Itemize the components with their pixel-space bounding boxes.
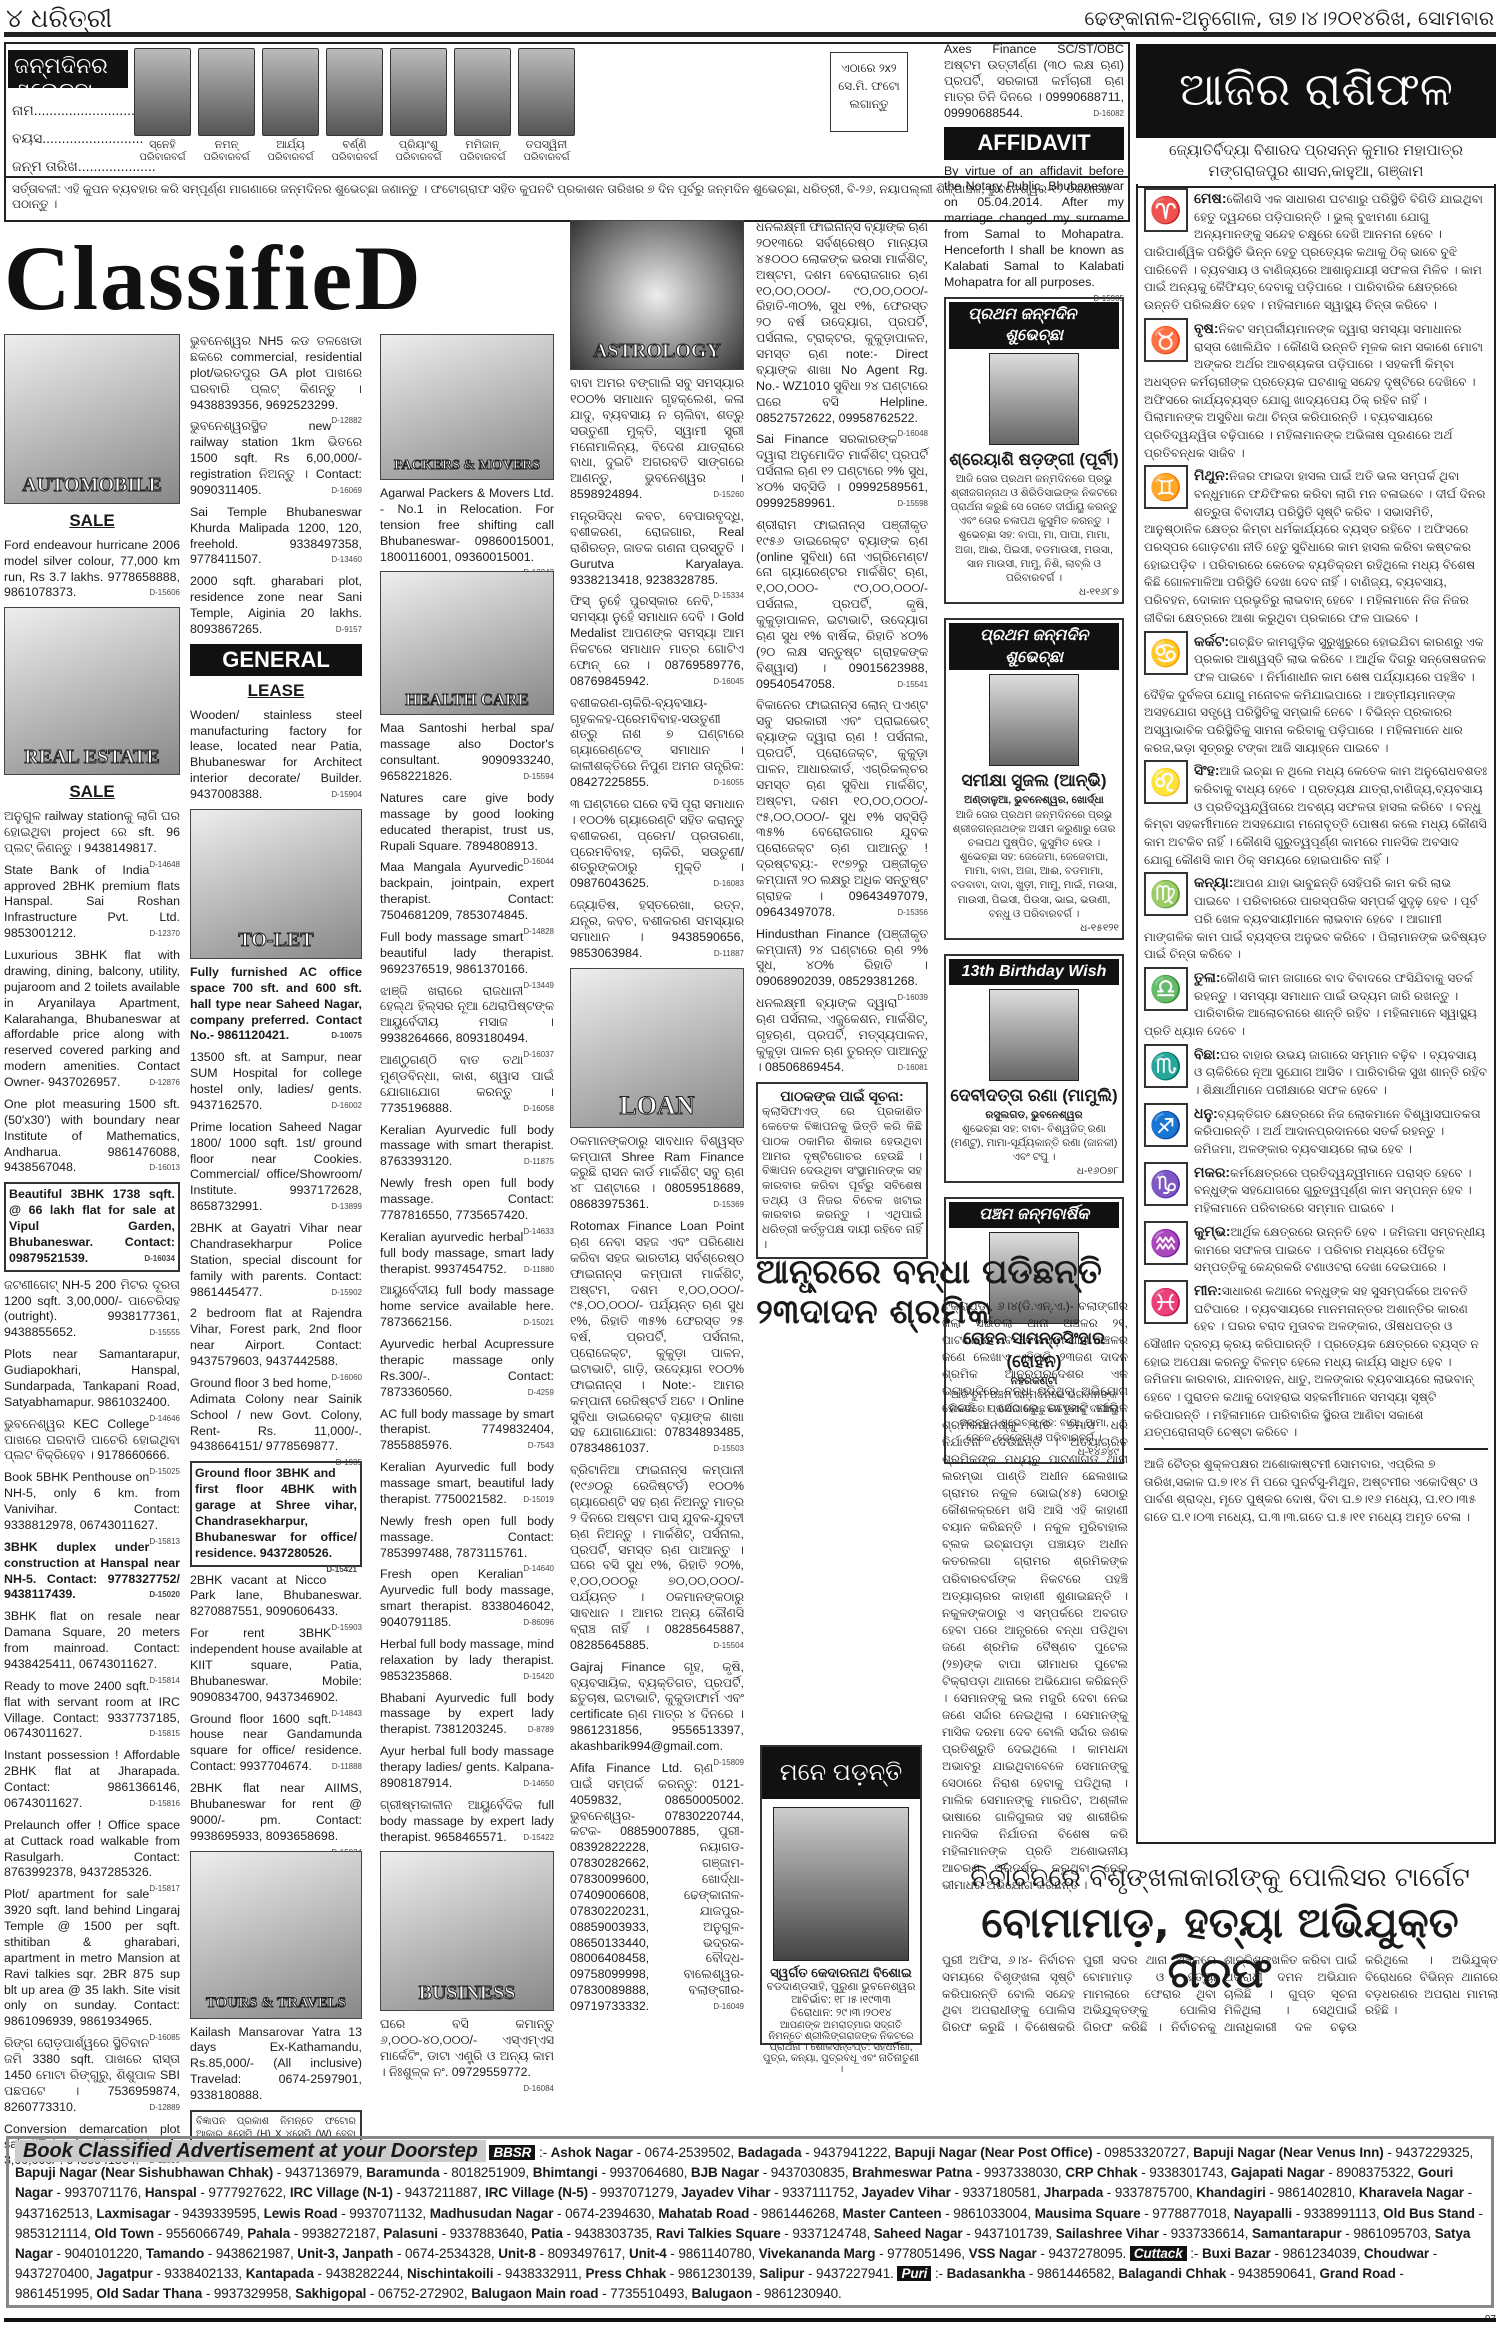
ad-code: D-16013	[149, 1163, 180, 1173]
ad-code: D-15541	[897, 680, 928, 690]
kid-card: ନମନ୍ପରିବାରବର୍ଗ	[198, 48, 255, 163]
booking-center-phone: 9937071132	[349, 2206, 422, 2221]
zodiac-name: ସିଂହ:	[1194, 762, 1220, 778]
ad-text: Plot/ apartment for sale 3920 sqft. land…	[4, 1887, 180, 2028]
classified-ad: Afifa Finance Ltd. ଋଣ ପାଇଁ ସମ୍ପର୍କ କରନ୍ତ…	[570, 1761, 744, 2015]
booking-center-phone: 8093497617	[548, 2246, 622, 2261]
ad-list: ଠକମାନଙ୍କଠାରୁ ସାବଧାନ ବିଶ୍ୱସ୍ତ କମ୍ପାନୀ Shr…	[570, 1134, 744, 2015]
classified-ad: State Bank of India approved 2BHK premiu…	[4, 863, 180, 942]
ad-code: D-16037	[523, 1050, 554, 1060]
booking-center-name: Badasankha	[947, 2266, 1026, 2281]
booking-center-name: CRP Chhak	[1065, 2165, 1137, 2180]
greeting-message: ଆଜି ତୋର ପ୍ରଥମ ଜନ୍ମଦିନରେ ପ୍ରଭୁ ଶ୍ରୀଜଗନ୍ନା…	[949, 472, 1119, 585]
tours-travels-image: TOURS & TRAVELS	[190, 1851, 362, 2019]
classified-ad: ଗ୍ରୀଷ୍ମକାଳୀନ ଆୟୁର୍ବେଦିକ full body massag…	[380, 1798, 554, 1846]
booking-center-list: BBSR :- Ashok Nagar - 0674-2539502, Bada…	[15, 2145, 1483, 2301]
ad-code: D-12876	[149, 1078, 180, 1088]
ad-code: D-15903	[331, 1623, 362, 1633]
classified-ad: ଶ୍ରୀରାମ ଫାଇନାନ୍ସ ପଞ୍ଜୀକୃତ ୧୯୫୬ ଡାଇରେକ୍ଟ …	[756, 518, 928, 693]
zodiac-4-icon: ♋	[1144, 631, 1188, 675]
dateline: ଢେଙ୍କାନାଳ-ଅନୁଗୋଳ, ତା୭।୪।୨୦୧୪ରିଖ, ସୋମବାର	[1084, 6, 1494, 30]
booking-center-phone: 9040101220	[64, 2246, 138, 2261]
ad-text: ଘରେ ବସି କମାନ୍ତୁ ୬,୦୦୦-୪୦,୦୦୦/- ଏସ୍ଏମ୍ଏସ …	[380, 2017, 554, 2079]
booking-center-name: Madhusudan Nagar	[430, 2206, 554, 2221]
kid-card: ସ୍ନେହିପରିବାରବର୍ଗ	[134, 48, 191, 163]
ad-text: ବିକାନେର ଫାଇନାନ୍ସ ଲୋନ୍ ପଏଣ୍ଟ ସବୁ ସରକାରୀ ଏ…	[756, 698, 928, 918]
classified-ad: Natures care give body massage by good l…	[380, 791, 554, 855]
booking-center-name: Balugaon	[692, 2286, 753, 2301]
zodiac-entry: ♐ଧନୁ:ବ୍ୟକ୍ତିଗତ କ୍ଷେତ୍ରରେ ନିଜ ଲୋକମାନେ ବିଶ…	[1144, 1103, 1488, 1159]
classified-logo: ClassifieD	[4, 228, 550, 328]
section-heading-sale: SALE	[4, 510, 180, 532]
classified-ad: ଧନଲକ୍ଷ୍ମୀ ବ୍ୟାଙ୍କ ଦ୍ୱାରା ଋଣ ପର୍ସନାଲ, ଏଜୁ…	[756, 996, 928, 1075]
classified-ad: Kailash Mansarovar Yatra 13 days Ex-Kath…	[190, 2025, 362, 2104]
booking-center-phone: 9861402810	[1277, 2185, 1351, 2200]
zodiac-entry: ♎ତୁଳା:କୌଣସି କାମ ଜାଗାରେ ବାଦ ବିବାଦରେ ଫସିଯି…	[1144, 967, 1488, 1041]
booking-center-name: Buxi Bazar	[1202, 2246, 1271, 2261]
horoscope-address: ମଙ୍ଗରାଜପୁର ଶାସନ,କାହୁଆ, ଗଞ୍ଜାମ	[1136, 161, 1496, 182]
zodiac-name: ବିଛା:	[1194, 1046, 1220, 1062]
ad-text: 2BHK flat near AIIMS, Bhubaneswar for re…	[190, 1781, 362, 1843]
region-cuttack-label: Cuttack	[1130, 2246, 1187, 2261]
kid-photo	[390, 48, 447, 136]
loan-caption: LOAN	[571, 1089, 743, 1122]
greeting-name: ସମୀକ୍ଷା ସୁଜଲ (ଆନ୍ଭି)	[949, 770, 1119, 793]
packers-movers-caption: PACKERS & MOVERS	[381, 457, 553, 475]
memorial-heading: ମନେ ପଡ଼ନ୍ତି	[762, 1747, 920, 1799]
column-4: ASTROLOGY ବାବା ଅମର ବଙ୍ଗାଲି ସବୁ ସମସ୍ୟାର ୧…	[570, 220, 744, 2021]
kid-card: ପ୍ରିୟାଂଶୁପରିବାରବର୍ଗ	[390, 48, 447, 163]
ad-code: D-14633	[523, 1227, 554, 1237]
ad-code: D-16081	[897, 1063, 928, 1073]
greeting-card: 13th Birthday Wishଦେବୀଦତ୍ତା ରଣା (ମାମୁଲି)…	[944, 954, 1124, 1183]
kid-name: ବର୍ଣ୍ଣି	[326, 139, 383, 152]
ad-text: ମନ୍ତ୍ରସିଦ୍ଧ କବଚ, ବେପାରବୃଦ୍ଧି, ବଶୀକରଣ, ରୋ…	[570, 509, 744, 587]
page-code: 07	[1485, 2314, 1496, 2325]
greeting-name: ଦେବୀଦତ୍ତା ରଣା (ମାମୁଲି)	[949, 1085, 1119, 1108]
booking-center-phone: 9937071279	[600, 2185, 674, 2200]
booking-center-name: Old Sadar Thana	[96, 2286, 202, 2301]
booking-center-name: Unit-8	[498, 2246, 536, 2261]
ad-text: ଅନୁଗୁଳ railway stationକୁ ଲାଗି ଘର ହୋଇଥିବା…	[4, 809, 180, 855]
booking-center-name: Mahatab Road	[658, 2206, 749, 2221]
kid-name: ପ୍ରିୟାଂଶୁ	[390, 139, 447, 152]
ad-code: D-13460	[331, 555, 362, 565]
column-3: PACKERS & MOVERS Agarwal Packers & Mover…	[380, 334, 554, 2094]
classified-ad: Maa Mangala Ayurvedic backpain, jointpai…	[380, 860, 554, 924]
classified-ad: ମନ୍ତ୍ରସିଦ୍ଧ କବଚ, ବେପାରବୃଦ୍ଧି, ବଶୀକରଣ, ରୋ…	[570, 509, 744, 588]
booking-center-phone: 9438282244	[326, 2266, 400, 2281]
booking-center-phone: 9778877018	[1152, 2206, 1226, 2221]
classified-ad: Keralian Ayurvedic full body massage sma…	[380, 1460, 554, 1508]
ad-code: D-15594	[523, 772, 554, 782]
greeting-tag: 13th Birthday Wish	[949, 959, 1119, 985]
classified-ad: Ayurvedic herbal Acupressure therapic ma…	[380, 1337, 554, 1401]
real-estate-caption: REAL ESTATE	[5, 745, 179, 771]
booking-center-name: Vivekananda Marg	[759, 2246, 876, 2261]
booking-center-phone: 9438590641	[1238, 2266, 1312, 2281]
classified-ad: Newly fresh open full body massage. Cont…	[380, 1514, 554, 1562]
classified-ad: Fully furnished AC office space 700 sft.…	[190, 965, 362, 1044]
ad-code: D-16084	[523, 2084, 554, 2094]
zodiac-name: କନ୍ୟା:	[1194, 874, 1233, 890]
booking-center-name: Bapuji Nagar (Near Venus Inn)	[1193, 2145, 1384, 2160]
classified-ad: 2BHK at Gayatri Vihar near Chandrasekhar…	[190, 1221, 362, 1300]
booking-center-phone: 9337336614	[1171, 2226, 1245, 2241]
ad-code: D-15019	[523, 1495, 554, 1505]
classified-ad: ଆଣ୍ଠୁଗଣ୍ଠି ବାତ ତଥା ମୁଣ୍ଡବିନ୍ଧା, କାଶ, ଶ୍ୱ…	[380, 1053, 554, 1117]
news-body-andhra: ଟିକ୍ରାପଡ଼ା, ୬।୪(ଡି.ଏନ୍.ଏ.)- ବଲାଙ୍ଗୀର ଜିଲ…	[942, 1298, 1128, 1894]
ad-text: Newly fresh open full body massage. Cont…	[380, 1176, 554, 1222]
booking-center-name: Patia	[531, 2226, 563, 2241]
classified-ad: Wooden/ stainless steel manufacturing fa…	[190, 708, 362, 803]
ad-code: D-16082	[1093, 109, 1124, 119]
kid-card: ବର୍ଣ୍ଣିପରିବାରବର୍ଗ	[326, 48, 383, 163]
booking-center-name: Bapuji Nagar (Near Sishubhawan Chhak)	[15, 2165, 273, 2180]
booking-center-phone: 9338402133	[164, 2266, 238, 2281]
booking-center-phone: 9337883640	[450, 2226, 524, 2241]
section-heading-lease: LEASE	[190, 680, 362, 702]
ad-code: D-16039	[897, 993, 928, 1003]
zodiac-11-icon: ♒	[1144, 1221, 1188, 1265]
zodiac-name: ମିଥୁନ:	[1194, 467, 1229, 483]
booking-center-phone: 0674-2394630	[565, 2206, 651, 2221]
classified-ad: ଜ୍ୟୋତିଷ, ହସ୍ତରେଖା, ରତ୍ନ, ଯନ୍ତ୍ର, କବଚ, ବଶ…	[570, 898, 744, 962]
zodiac-name: ଧନୁ:	[1194, 1105, 1218, 1121]
ad-text: Afifa Finance Ltd. ଋଣ ପାଇଁ ସମ୍ପର୍କ କରନ୍ତ…	[570, 1761, 744, 2013]
ad-text: Ground floor 3BHK and first floor 4BHK w…	[195, 1466, 357, 1559]
zodiac-text: ସାଧାରଣ କଥାରେ ବନ୍ଧୁଙ୍କ ସହ ସୁସମ୍ପର୍କରେ ଅବନ…	[1144, 1284, 1479, 1440]
ad-text: 2BHK vacant at Nicco Park lane, Bhubanes…	[190, 1573, 362, 1619]
memorial-born: ଆବିର୍ଭାବ: ୧୮।୫।୧୯୩୩	[762, 1994, 920, 2007]
ad-text: ବାବା ଅମର ବଙ୍ଗାଲି ସବୁ ସମସ୍ୟାର ୧୦୦% ସମାଧାନ…	[570, 376, 744, 501]
kid-name: ମମିଜାନ୍	[454, 139, 511, 152]
classified-ad: Maa Santoshi herbal spa/ massage also Do…	[380, 721, 554, 785]
booking-center-phone: 9861451995	[15, 2286, 89, 2301]
ad-text: Hindusthan Finance (ପଞ୍ଜୀକୃତ କମ୍ପାନୀ) ୨୪…	[756, 927, 928, 989]
zodiac-5-icon: ♌	[1144, 760, 1188, 804]
column-5: ଧନଲକ୍ଷ୍ମୀ ଫାଇନାନ୍ସ ବ୍ୟାଙ୍କ ଋଣ ୨୦୧୩ରେ ସର୍…	[756, 220, 928, 1265]
ad-code: D-16044	[523, 857, 554, 867]
name-field: ନାମ...........................	[12, 102, 139, 119]
kid-photo	[454, 48, 511, 136]
ad-code: D-12889	[149, 2103, 180, 2113]
ad-text: ଭୁବନେଶ୍ୱର NH5 କଡ ତଳଖେଡା ଛକରେ commercial,…	[190, 334, 362, 412]
booking-lead: Book Classified Advertisement at your Do…	[15, 2140, 486, 2162]
classified-ad: Ground floor 3BHK and first floor 4BHK w…	[190, 1461, 362, 1566]
greeting-message: ଆଜି ତୋର ପ୍ରଥମ ଜନ୍ମଦିନରେ ପ୍ରଭୁ ଶ୍ରୀଜଗନ୍ନା…	[949, 808, 1119, 921]
section-heading-sale: SALE	[4, 781, 180, 803]
ad-text: ଫିସ୍ ନୁହେଁ ପୁରସ୍କାର ନେବି, ସମସ୍ୟା ନୁହେଁ ସ…	[570, 594, 744, 687]
classified-ad: Ford endeavour hurricane 2006 model silv…	[4, 538, 180, 602]
ad-text: Newly fresh open full body massage. Cont…	[380, 1514, 554, 1560]
classified-ad: By virtue of an affidavit before the Not…	[944, 164, 1124, 291]
zodiac-text: ନିଜର ଫାଇଦା ହାସଲ ପାଇଁ ଅତି ଭଲ ସମ୍ପର୍କ ଥିବା…	[1144, 469, 1486, 625]
ad-code: D-15260	[713, 490, 744, 500]
classified-ad: One plot measuring 1500 sft. (50'x30') w…	[4, 1097, 180, 1176]
booking-center-phone: 9938272187	[302, 2226, 376, 2241]
real-estate-image: REAL ESTATE	[4, 607, 180, 775]
ad-code: D-15025	[149, 1467, 180, 1477]
zodiac-list: ♈ମେଷ:କୌଣସି ଏକ ସାଧାରଣ ଘଟଣାରୁ ପରିସ୍ଥିତି ବି…	[1144, 188, 1488, 1442]
booking-center-name: Gajapati Nagar	[1231, 2165, 1325, 2180]
greeting-message: ଶୁଭେଚ୍ଛା ସହ: ବାବା- ବିଶ୍ୱଜିତ୍ ରଣା (ମଣ୍ଟୁ)…	[949, 1122, 1119, 1165]
ad-code: D-15020	[149, 1590, 180, 1600]
kid-name: ତପସ୍ୱିନୀ	[518, 139, 575, 152]
health-care-caption: HEALTH CARE	[381, 689, 553, 711]
classified-ad: 2BHK vacant at Nicco Park lane, Bhubanes…	[190, 1573, 362, 1621]
classified-ad: Instant possession ! Affordable 2BHK fla…	[4, 1748, 180, 1812]
booking-center-phone: 9937338030	[984, 2165, 1058, 2180]
booking-center-name: Press Chhak	[585, 2266, 666, 2281]
memorial-died: ତିରୋଧାନ: ୨୯।୩।୨୦୧୪	[762, 2007, 920, 2020]
ad-code: D-16055	[713, 778, 744, 788]
ad-code: D-16085	[149, 2033, 180, 2043]
header-rule	[4, 32, 1496, 37]
ad-list: ବାବା ଅମର ବଙ୍ଗାଲି ସବୁ ସମସ୍ୟାର ୧୦୦% ସମାଧାନ…	[570, 376, 744, 962]
booking-center-phone: 0674-2534328	[405, 2246, 491, 2261]
kid-card: ଆର୍ଯ୍ୟପରିବାରବର୍ଗ	[262, 48, 319, 163]
classified-ad: ଭୁବନେଶ୍ୱର NH5 କଡ ତଳଖେଡା ଛକରେ commercial,…	[190, 334, 362, 413]
booking-center-phone: 9861446582	[1037, 2266, 1111, 2281]
ad-text: Gajraj Finance ଗୃହ, କୃଷି, ବ୍ୟବସାୟିକ, ବ୍ୟ…	[570, 1660, 744, 1753]
horoscope-title: ଆଜିର ରାଶିଫଳ	[1136, 44, 1496, 138]
ad-code: D-15369	[713, 1200, 744, 1210]
zodiac-text: କର୍ମକ୍ଷେତ୍ରରେ ପ୍ରତିଦ୍ୱନ୍ଦ୍ୱୀମାନେ ପରାସ୍ତ …	[1194, 1166, 1472, 1215]
ad-code: D-10075	[331, 1031, 362, 1041]
ad-text: Ground floor 3 bed home, Adimata Colony …	[190, 1376, 362, 1454]
classified-ad: Fresh open Keralian Ayurvedic full body …	[380, 1567, 554, 1631]
reader-notice-title: ପାଠକଙ୍କ ପାଇଁ ସୂଚନା:	[762, 1088, 922, 1106]
zodiac-entry: ♏ବିଛା:ଘର ବାହାର ଉଭୟ ଜାଗାରେ ସମ୍ମାନ ବଢ଼ିବ ।…	[1144, 1044, 1488, 1100]
booking-center-phone: 9437162513	[15, 2206, 89, 2221]
booking-center-name: Salipur	[759, 2266, 804, 2281]
footer-rule	[4, 2318, 1496, 2322]
greeting-code: ଧ-୧୧୬୮୭	[949, 585, 1119, 599]
classified-ad: Book 5BHK Penthouse on NH-5, only 6 km. …	[4, 1470, 180, 1534]
ad-code: D-14828	[523, 927, 554, 937]
booking-center-phone: 9777927622	[208, 2185, 282, 2200]
booking-center-phone: 9437941222	[813, 2145, 887, 2160]
booking-center-phone: 09853320727	[1104, 2145, 1186, 2160]
ad-code: D-15606	[149, 588, 180, 598]
booking-center-phone: 9338301743	[1149, 2165, 1223, 2180]
classified-ad: ଭୁବନେଶ୍ୱରସ୍ଥିତ new railway station 1km ଭ…	[190, 419, 362, 498]
ad-code: D-15598	[897, 499, 928, 509]
classified-ad: Prime location Saheed Nagar 1800/ 1000 s…	[190, 1120, 362, 1215]
to-let-caption: TO-LET	[191, 928, 361, 954]
region-bbsr-label: BBSR	[489, 2145, 535, 2160]
memorial-place: ବଡଦାଣ୍ଡସାହି, ପୁରୁଣା ଭୁବନେଶ୍ୱର	[762, 1981, 920, 1994]
health-care-image: HEALTH CARE	[380, 571, 554, 715]
booking-center-name: Ashok Nagar	[551, 2145, 633, 2160]
classified-ad: Prelaunch offer ! Office space at Cuttac…	[4, 1818, 180, 1882]
booking-center-name: Grand Road	[1319, 2266, 1395, 2281]
ad-code: D-15817	[149, 1884, 180, 1894]
booking-center-phone: 9937071176	[64, 2185, 137, 2200]
classified-ad: 3BHK flat on resale near Damana Square, …	[4, 1609, 180, 1673]
booking-center-name: Jharpada	[1044, 2185, 1103, 2200]
classified-ad: ବାବା ଅମର ବଙ୍ଗାଲି ସବୁ ସମସ୍ୟାର ୧୦୦% ସମାଧାନ…	[570, 376, 744, 503]
zodiac-text: କୌଣସି ଏକ ସାଧାରଣ ଘଟଣାରୁ ପରିସ୍ଥିତି ବିଗିଡି …	[1144, 192, 1483, 312]
ad-text: Rotomax Finance Loan Point ଋଣ ନେବା ସହଜ ଏ…	[570, 1219, 744, 1455]
booking-center-phone: 9337180581	[963, 2185, 1037, 2200]
booking-center-phone: 9337111752	[782, 2185, 854, 2200]
kid-family: ପରିବାରବର୍ଗ	[390, 152, 447, 163]
ad-code: D-15422	[523, 1833, 554, 1843]
ad-text: Luxurious 3BHK flat with drawing, dining…	[4, 948, 180, 1089]
region-puri-label: Puri	[897, 2266, 931, 2281]
booking-center-phone: 9853121114	[15, 2226, 87, 2241]
horoscope-author: ଜ୍ୟୋତିର୍ବିଦ୍ୟା ବିଶାରଦ ପ୍ରସନ୍ନ କୁମାର ମହାପ…	[1136, 140, 1496, 161]
greeting-tag: ପଞ୍ଚମ ଜନ୍ମବାର୍ଷିକ	[949, 1202, 1119, 1228]
ad-text: Kailash Mansarovar Yatra 13 days Ex-Kath…	[190, 2025, 362, 2103]
kid-name: ଆର୍ଯ୍ୟ	[262, 139, 319, 152]
ad-code: D-14650	[523, 1779, 554, 1789]
zodiac-name: କୁମ୍ଭ:	[1194, 1223, 1231, 1239]
booking-center-name: Nayapalli	[1234, 2206, 1292, 2221]
ad-code: D-12370	[149, 929, 180, 939]
booking-center-phone: 9437278095	[1048, 2246, 1122, 2261]
ad-code: D-15503	[713, 1444, 744, 1454]
booking-center-name: Bapuji Nagar (Near Post Office)	[895, 2145, 1093, 2160]
ad-list: ଅନୁଗୁଳ railway stationକୁ ଲାଗି ଘର ହୋଇଥିବା…	[4, 809, 180, 2169]
ad-text: Natures care give body massage by good l…	[380, 791, 554, 853]
birthday-coupon-title: ଜନ୍ମଦିନର ଶୁଭେଚ୍ଛା	[8, 50, 128, 88]
booking-center-name: Unit-3, Janpath	[297, 2246, 393, 2261]
classified-ad: 2BHK flat near AIIMS, Bhubaneswar for re…	[190, 1781, 362, 1845]
ad-code: D-15809	[713, 1758, 744, 1768]
ad-code: D-11880	[524, 1265, 554, 1275]
zodiac-name: ମୀନ:	[1194, 1282, 1222, 1298]
ad-code: D-15814	[149, 1676, 180, 1686]
zodiac-text: ଗଚ୍ଛିତ କାମଗୁଡ଼ିକ ସୁରୁଖୁରୁରେ ହୋଇଯିବା କାରଣ…	[1144, 635, 1486, 755]
ad-code: D-1935	[336, 1458, 362, 1468]
ad-code: D-16045	[713, 677, 744, 687]
classified-ad: ବ୍ରିଟାନିଆ ଫାଇନାନ୍ସ କମ୍ପାନୀ (୧୯୬୦ରୁ ରେଜିଷ…	[570, 1463, 744, 1654]
classified-ad: ଘରେ ବସି କମାନ୍ତୁ ୬,୦୦୦-୪୦,୦୦୦/- ଏସ୍ଏମ୍ଏସ …	[380, 2017, 554, 2081]
booking-center-name: Jagatpur	[96, 2266, 152, 2281]
horoscope-byline: ଜ୍ୟୋତିର୍ବିଦ୍ୟା ବିଶାରଦ ପ୍ରସନ୍ନ କୁମାର ମହାପ…	[1136, 140, 1496, 188]
greeting-tag: ପ୍ରଥମ ଜନ୍ମଦିନ ଶୁଭେଚ୍ଛା	[949, 623, 1119, 670]
booking-center-name: Laxmisagar	[96, 2206, 170, 2221]
ad-code: D-11888	[332, 1762, 362, 1772]
zodiac-text: ଆର୍ଥିକ କ୍ଷେତ୍ରରେ ଉନ୍ନତି ହେବ । ଜମିଜମା ସମ୍…	[1194, 1225, 1485, 1274]
booking-center-name: Samantarapur	[1252, 2226, 1342, 2241]
booking-center-phone: 0674-2539502	[645, 2145, 731, 2160]
booking-center-name: Tamando	[146, 2246, 204, 2261]
classified-ad: Ayur herbal full body massage therapy la…	[380, 1744, 554, 1792]
classified-ad: ରିଙ୍ଗ ରୋଡ଼ପାର୍ଶ୍ୱରେ ସ୍ଥିତିବାନ ଜମି 3380 s…	[4, 2036, 180, 2115]
zodiac-name: ମକର:	[1194, 1164, 1230, 1180]
ad-code: D-14843	[331, 1709, 362, 1719]
greeting-card: ପ୍ରଥମ ଜନ୍ମଦିନ ଶୁଭେଚ୍ଛାସମୀକ୍ଷା ସୁଜଲ (ଆନ୍ଭ…	[944, 618, 1124, 940]
ad-text: ଝାଞ୍ଜି ଖରାରେ ରାଜଧାନୀ ହେଲ୍ଥ ହିଲ୍ସର ନୂଆ ଥେ…	[380, 984, 554, 1046]
greeting-code: ଧ-୧୫୧୨୧	[949, 921, 1119, 935]
photo-placeholder: ଏଠାରେ ୨x୨ ସେ.ମି. ଫଟୋ ଲଗାନ୍ତୁ	[830, 52, 908, 132]
classified-ad: 2000 sqft. gharabari plot, residence zon…	[190, 574, 362, 638]
booking-center-phone: 9937064680	[610, 2165, 684, 2180]
classified-ad: Ready to move 2400 sqft. flat with serva…	[4, 1679, 180, 1743]
zodiac-3-icon: ♊	[1144, 465, 1188, 509]
zodiac-entry: ♓ମୀନ:ସାଧାରଣ କଥାରେ ବନ୍ଧୁଙ୍କ ସହ ସୁସମ୍ପର୍କର…	[1144, 1280, 1488, 1442]
ad-code: D-16060	[331, 1373, 362, 1383]
kid-photo	[262, 48, 319, 136]
page-number-masthead: ୪ ଧରିତ୍ରୀ	[6, 4, 112, 35]
ad-text: Prelaunch offer ! Office space at Cuttac…	[4, 1818, 180, 1880]
booking-center-name: Palasuni	[383, 2226, 438, 2241]
classified-ad: 13500 sft. at Sampur, near SUM Hospital …	[190, 1050, 362, 1114]
zodiac-text: ନିକଟ ସମ୍ପର୍କୀୟମାନଙ୍କ ଦ୍ୱାରା ସମସ୍ୟା ସମାଧା…	[1144, 322, 1483, 460]
business-image: BUSINESS	[380, 1851, 554, 2011]
booking-center-name: Kantapada	[246, 2266, 314, 2281]
kid-name: ନମନ୍	[198, 139, 255, 152]
booking-center-name: Jayadev Vihar	[681, 2185, 770, 2200]
ad-code: D-15356	[897, 908, 928, 918]
zodiac-8-icon: ♏	[1144, 1044, 1188, 1088]
classified-ad: Newly fresh open full body massage. Cont…	[380, 1176, 554, 1224]
booking-center-name: Badagada	[738, 2145, 802, 2160]
booking-center-phone: 06752-272902	[378, 2286, 464, 2301]
classified-ad: ୩ ଘଣ୍ଟାରେ ଘରେ ବସି ପୂରା ସମାଧାନ । ୧୦୦% ଗ୍ୟ…	[570, 797, 744, 892]
kid-family: ପରିବାରବର୍ଗ	[134, 152, 191, 163]
booking-center-phone: 9437211887	[405, 2185, 478, 2200]
column-1: AUTOMOBILE SALE Ford endeavour hurricane…	[4, 334, 180, 2175]
greeting-place: ଅଣ୍ଡାଳୁଆ, ଭୁବନେଶ୍ୱର, ଖୋର୍ଦ୍ଧା	[949, 793, 1119, 807]
ad-code: D-12882	[331, 416, 362, 426]
kid-card: ତପସ୍ୱିନୀପରିବାରବର୍ଗ	[518, 48, 575, 163]
booking-center-phone: 9861033004	[953, 2206, 1027, 2221]
ad-text: Maa Mangala Ayurvedic backpain, jointpai…	[380, 860, 554, 922]
zodiac-7-icon: ♎	[1144, 967, 1188, 1011]
almanac-text: ଆଜି ଚୈତ୍ର ଶୁକ୍ଳପକ୍ଷର ଅଶୋକାଷ୍ଟମୀ ସୋମବାର, …	[1144, 1448, 1488, 1527]
booking-center-name: Jayadev Vihar	[862, 2185, 951, 2200]
classified-ad: Herbal full body massage, mind relaxatio…	[380, 1637, 554, 1685]
ad-code: D-15904	[331, 790, 362, 800]
greeting-photo	[989, 353, 1079, 445]
astrology-image: ASTROLOGY	[570, 220, 744, 370]
ad-code: D-4259	[528, 1388, 554, 1398]
booking-centers-box: Book Classified Advertisement at your Do…	[6, 2136, 1494, 2308]
astrology-caption: ASTROLOGY	[571, 339, 743, 365]
booking-center-phone: 8908375322	[1336, 2165, 1410, 2180]
ad-code: D-9157	[336, 625, 362, 635]
kid-card: ମମିଜାନ୍ପରିବାରବର୍ଗ	[454, 48, 511, 163]
ad-code: D-16049	[713, 2002, 744, 2012]
classified-ad: Sai Temple Bhubaneswar Khurda Malipada 1…	[190, 505, 362, 569]
classified-ad: Hindusthan Finance (ପଞ୍ଜୀକୃତ କମ୍ପାନୀ) ୨୪…	[756, 927, 928, 991]
classified-ad: Bhabani Ayurvedic full body massage by e…	[380, 1691, 554, 1739]
booking-center-phone: 9437101739	[974, 2226, 1048, 2241]
ad-code: D-15334	[713, 591, 744, 601]
greeting-place: ରସୁଲଗଡ, ଭୁବନେଶ୍ୱର	[949, 1108, 1119, 1122]
booking-center-phone: 9438332911	[505, 2266, 578, 2281]
ad-code: D-14648	[149, 860, 180, 870]
ad-text: Plots near Samantarapur, Gudiapokhari, H…	[4, 1347, 180, 1409]
memorial-message: ଆପଣଙ୍କ ଅମରାତ୍ମାର ସଦ୍ଗତି ନିମନ୍ତେ ଶ୍ରୀଲିଙ୍…	[762, 2020, 920, 2075]
booking-center-name: Hanspal	[145, 2185, 197, 2200]
zodiac-name: କର୍କଟ:	[1194, 633, 1229, 649]
zodiac-1-icon: ♈	[1144, 188, 1188, 232]
general-section-bar: GENERAL	[190, 644, 362, 676]
booking-center-phone: 9438303735	[575, 2226, 649, 2241]
classified-ad: ଆୟୁର୍ବେଦୀୟ full body massage home servic…	[380, 1283, 554, 1331]
ad-list: Maa Santoshi herbal spa/ massage also Do…	[380, 721, 554, 1845]
ad-list: Fully furnished AC office space 700 sft.…	[190, 965, 362, 1845]
zodiac-name: ତୁଳା:	[1194, 969, 1221, 985]
classified-ad: Plots near Samantarapur, Gudiapokhari, H…	[4, 1347, 180, 1411]
loan-image: LOAN	[570, 968, 744, 1128]
